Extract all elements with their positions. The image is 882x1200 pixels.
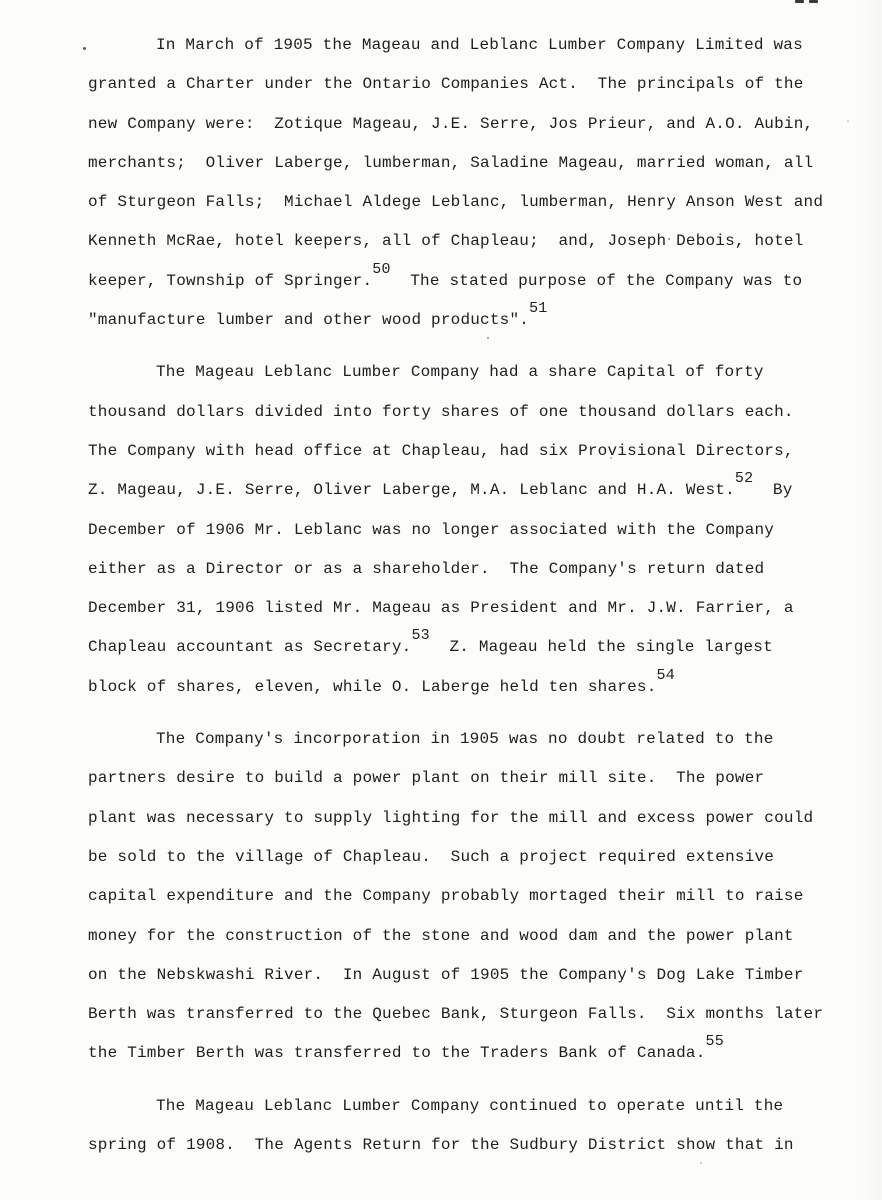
text-line: granted a Charter under the Ontario Comp… — [88, 65, 850, 104]
text-line: December 31, 1906 listed Mr. Mageau as P… — [88, 589, 850, 628]
text-line: money for the construction of the stone … — [88, 917, 850, 956]
text-line: Chapleau accountant as Secretary.53 Z. M… — [88, 628, 850, 667]
text-line: Z. Mageau, J.E. Serre, Oliver Laberge, M… — [88, 471, 850, 510]
paragraph: The Company's incorporation in 1905 was … — [88, 720, 850, 1074]
paragraph: The Mageau Leblanc Lumber Company contin… — [88, 1087, 850, 1166]
text-line: block of shares, eleven, while O. Laberg… — [88, 668, 850, 707]
text-line: either as a Director or as a shareholder… — [88, 550, 850, 589]
text-line: the Timber Berth was transferred to the … — [88, 1034, 850, 1073]
paragraph: The Mageau Leblanc Lumber Company had a … — [88, 353, 850, 707]
text-line: new Company were: Zotique Mageau, J.E. S… — [88, 105, 850, 144]
text-line: of Sturgeon Falls; Michael Aldege Leblan… — [88, 183, 850, 222]
text-line: merchants; Oliver Laberge, lumberman, Sa… — [88, 144, 850, 183]
text-line: The Mageau Leblanc Lumber Company contin… — [88, 1087, 850, 1126]
footnote-superscript: 54 — [657, 667, 675, 684]
text-line: on the Nebskwashi River. In August of 19… — [88, 956, 850, 995]
text-line: plant was necessary to supply lighting f… — [88, 799, 850, 838]
document-page: In March of 1905 the Mageau and Leblanc … — [0, 0, 882, 1200]
text-line: "manufacture lumber and other wood produ… — [88, 301, 850, 340]
text-line: In March of 1905 the Mageau and Leblanc … — [88, 26, 850, 65]
scan-speck — [83, 47, 86, 50]
cut-digit-mark — [795, 0, 804, 3]
text-line: The Company's incorporation in 1905 was … — [88, 720, 850, 759]
text-line: thousand dollars divided into forty shar… — [88, 393, 850, 432]
footnote-superscript: 55 — [706, 1033, 724, 1050]
text-line: Berth was transferred to the Quebec Bank… — [88, 995, 850, 1034]
footnote-superscript: 52 — [735, 470, 753, 487]
text-line: be sold to the village of Chapleau. Such… — [88, 838, 850, 877]
cut-digit-mark — [809, 0, 818, 3]
text-line: Kenneth McRae, hotel keepers, all of Cha… — [88, 222, 850, 261]
text-line: keeper, Township of Springer.50 The stat… — [88, 262, 850, 301]
text-line: partners desire to build a power plant o… — [88, 759, 850, 798]
footnote-superscript: 51 — [529, 300, 547, 317]
text-line: The Company with head office at Chapleau… — [88, 432, 850, 471]
footnote-superscript: 50 — [372, 261, 390, 278]
text-line: The Mageau Leblanc Lumber Company had a … — [88, 353, 850, 392]
document-text: In March of 1905 the Mageau and Leblanc … — [88, 26, 850, 1178]
text-line: December of 1906 Mr. Leblanc was no long… — [88, 511, 850, 550]
paragraph: In March of 1905 the Mageau and Leblanc … — [88, 26, 850, 340]
text-line: capital expenditure and the Company prob… — [88, 877, 850, 916]
partial-page-number — [795, 0, 821, 4]
footnote-superscript: 53 — [411, 627, 429, 644]
text-line: spring of 1908. The Agents Return for th… — [88, 1126, 850, 1165]
